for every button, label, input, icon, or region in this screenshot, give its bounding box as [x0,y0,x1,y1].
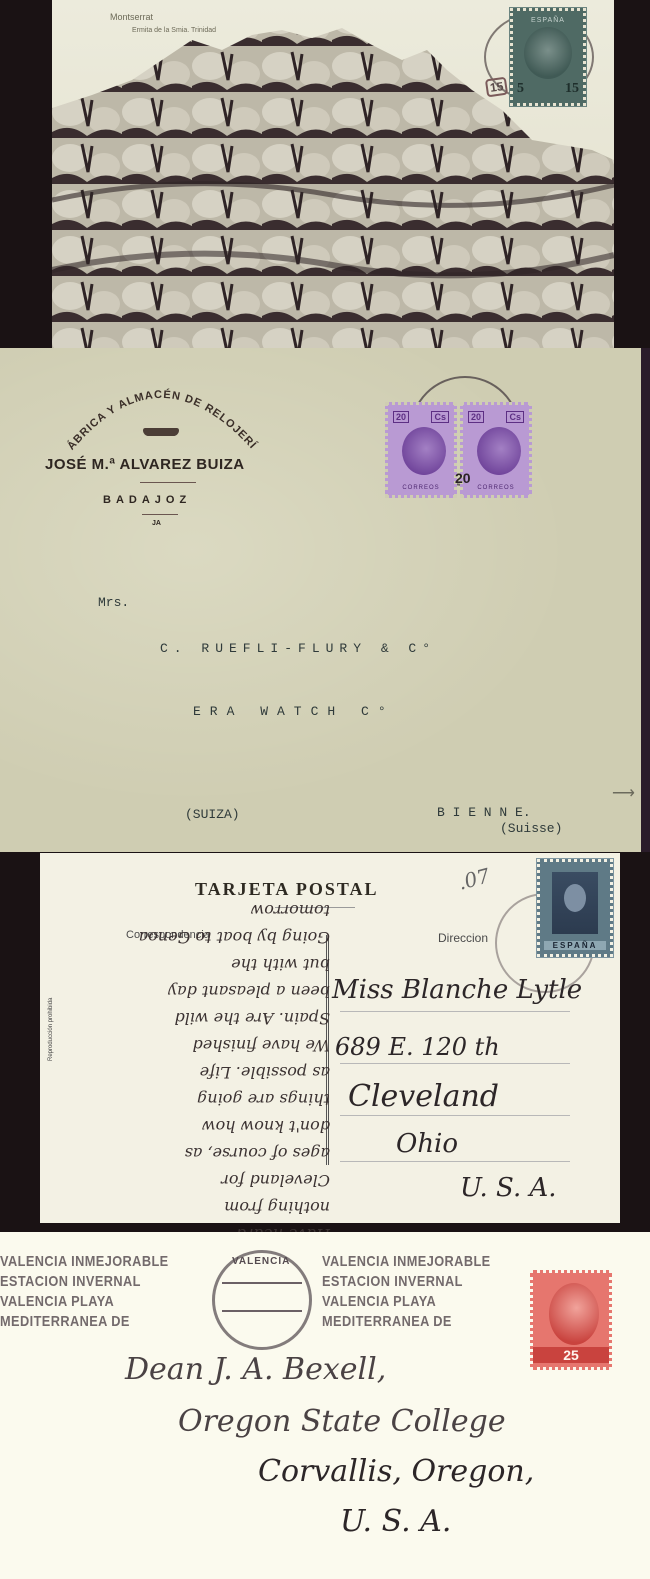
stamp-portrait [477,427,521,475]
message-line: nothing from [48,1194,330,1221]
slogan-line: VALENCIA INMEJORABLE [322,1252,491,1272]
message-line: Cleveland for [48,1167,330,1194]
message-line: Spain. Are the wild [48,1005,330,1032]
address-rule [340,1115,570,1116]
stamp-label: ESPAÑA [544,941,606,950]
address-name: Miss Blanche Lytle [332,975,582,1005]
slogan-line: ESTACION INVERNAL [0,1272,169,1292]
montserrat-postcard: Montserrat Ermita de la Smia. Trinidad 1… [52,0,614,348]
postmark-date-box [222,1282,302,1312]
salutation: Mrs. [98,595,129,610]
stamp-portrait [549,1283,599,1345]
address-country: U. S. A. [460,1173,557,1203]
address-street: 689 E. 120 th [335,1033,500,1061]
ornament-icon [143,428,179,436]
photo-caption: Montserrat [110,12,153,22]
badajoz-envelope: FÁBRICA Y ALMACÉN DE RELOJERÍA JOSÉ M.ª … [0,348,641,852]
arrow-icon: ⟶ [612,783,635,803]
slogan-line: VALENCIA INMEJORABLE [0,1252,169,1272]
stamp-value-right: 15 [565,81,579,97]
slogan-block-left: VALENCIA INMEJORABLE ESTACION INVERNAL V… [0,1252,169,1332]
stamp-label: CORREOS [463,485,529,491]
slogan-line: ESTACION INVERNAL [322,1272,491,1292]
address-city: Cleveland [348,1079,499,1114]
country-es: (SUIZA) [185,807,240,822]
stamp-label: CORREOS [388,485,454,491]
pencil-note: .07 [455,863,492,894]
valencia-envelope: VALENCIA INMEJORABLE ESTACION INVERNAL V… [0,1232,650,1579]
address-line4: U. S. A. [340,1504,451,1539]
message-line: We have finished [48,1032,330,1059]
country-fr: (Suisse) [500,821,562,836]
svg-text:FÁBRICA Y ALMACÉN DE RELOJERÍA: FÁBRICA Y ALMACÉN DE RELOJERÍA [40,368,259,452]
stamp-red: 25 [530,1270,612,1370]
stamp-value-left: 5 [517,81,524,97]
stamp-value: 20 [468,411,484,423]
merchant-name: JOSÉ M.ª ALVAREZ BUIZA [45,456,245,473]
slogan-line: VALENCIA PLAYA [0,1292,169,1312]
background-edge [641,348,650,852]
message-line: tomorrow [48,897,330,924]
divider [142,514,178,515]
stamp-face [564,884,586,912]
address-line2: Oregon State College [178,1404,506,1439]
stamp-unit: Cs [431,411,449,423]
slogan-line: VALENCIA PLAYA [322,1292,491,1312]
postmark-number: 20 [455,470,471,486]
message-line: but with the [48,951,330,978]
letterhead-arc: FÁBRICA Y ALMACÉN DE RELOJERÍA [40,368,280,458]
merchant-city: BADAJOZ [103,494,191,506]
address-state: Ohio [396,1129,458,1159]
stamp-portrait [402,427,446,475]
address-line1: Dean J. A. Bexell, [125,1352,386,1387]
address-label: Direccion [438,931,488,945]
message-line: ages of course, as [48,1140,330,1167]
photo-subcaption: Ermita de la Smia. Trinidad [132,27,216,34]
stamp-unit: Cs [506,411,524,423]
stamp-country: ESPAÑA [531,17,565,24]
postmark-number: 15 [485,77,509,98]
message-line: as possible. Life [48,1059,330,1086]
handwritten-message: Have heard nothing from Cleveland for ag… [48,897,330,1248]
address-line3: Corvallis, Oregon, [258,1454,534,1489]
message-line: don't know how [48,1113,330,1140]
stamp-value: 20 [393,411,409,423]
stamp-green: ESPAÑA 5 15 [510,8,586,106]
slogan-line: MEDITERRANEA DE [322,1312,491,1332]
stamp-portrait [524,27,572,79]
slogan-line: MEDITERRANEA DE [0,1312,169,1332]
stamp-value: 25 [533,1347,609,1363]
address-line2: ERA WATCH C° [193,704,395,719]
message-line: things are going [48,1086,330,1113]
divider [140,482,196,483]
stamp-blue: ESPAÑA [537,859,613,957]
postmark-city: VALENCIA [232,1256,290,1267]
message-line: Going by boat to Genoa [48,924,330,951]
tarjeta-postal: TARJETA POSTAL .07 Correspondencia Direc… [40,853,620,1223]
letterhead-mark: JA [152,520,161,527]
stamp-purple-1: 20 Cs CORREOS [385,402,457,498]
address-line1: C. RUEFLI-FLURY & C° [160,641,436,656]
city: B I E N N E. [437,805,531,820]
address-rule [340,1161,570,1162]
address-rule [340,1011,570,1012]
slogan-block-right: VALENCIA INMEJORABLE ESTACION INVERNAL V… [322,1252,491,1332]
address-rule [340,1063,570,1064]
message-line: been a pleasant day [48,978,330,1005]
